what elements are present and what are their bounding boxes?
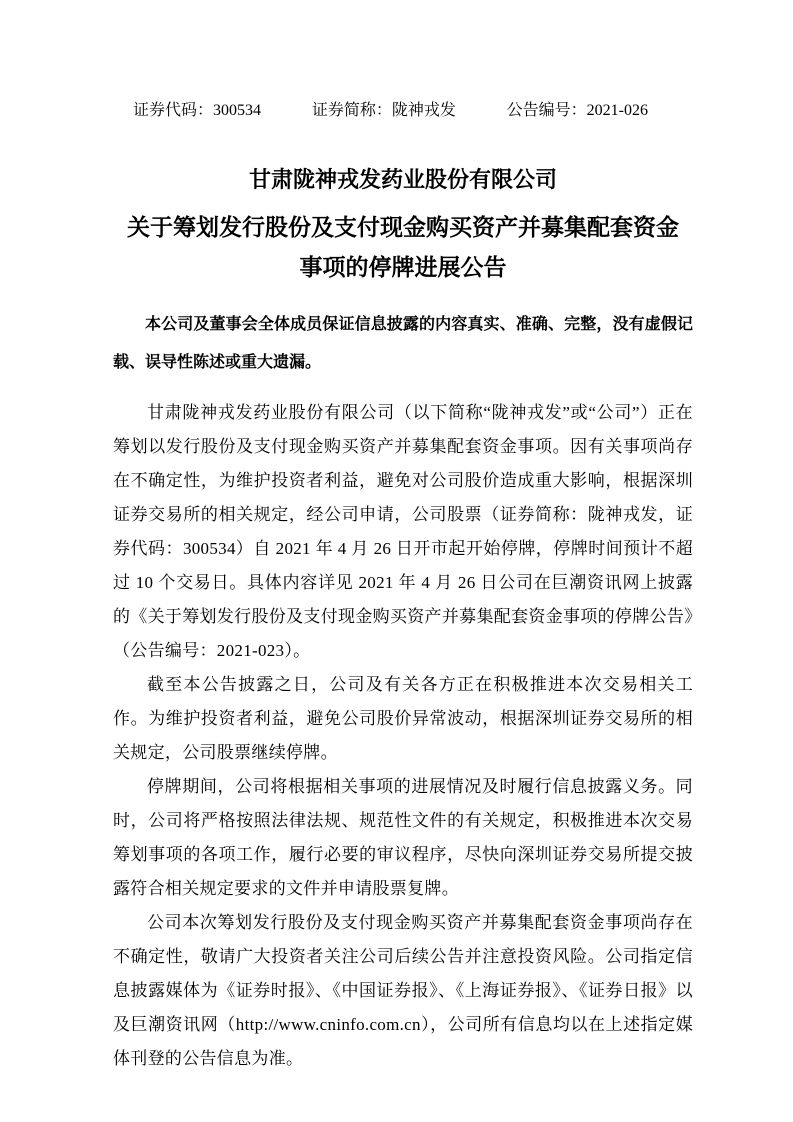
paragraph-risk-notice: 公司本次筹划发行股份及支付现金购买资产并募集配套资金事项尚存在不确定性，敬请广大… bbox=[113, 906, 693, 1076]
disclosure-notice: 本公司及董事会全体成员保证信息披露的内容真实、准确、完整，没有虚假记载、误导性陈… bbox=[113, 306, 693, 382]
company-name-title: 甘肃陇神戎发药业股份有限公司 bbox=[113, 166, 693, 194]
paragraph-progress: 截至本公告披露之日，公司及有关各方正在积极推进本次交易相关工作。为维护投资者利益… bbox=[113, 668, 693, 770]
document-header: 证券代码：300534 证券简称：陇神戎发 公告编号：2021-026 bbox=[133, 100, 648, 122]
paragraph-obligations: 停牌期间，公司将根据相关事项的进展情况及时履行信息披露义务。同时，公司将严格按照… bbox=[113, 770, 693, 906]
announcement-title: 关于筹划发行股份及支付现金购买资产并募集配套资金 事项的停牌进展公告 bbox=[113, 208, 693, 288]
paragraph-suspension-start: 甘肃陇神戎发药业股份有限公司（以下简称“陇神戎发”或“公司”）正在筹划以发行股份… bbox=[113, 396, 693, 668]
announcement-number: 公告编号：2021-026 bbox=[507, 100, 648, 122]
announcement-title-line1: 关于筹划发行股份及支付现金购买资产并募集配套资金 bbox=[113, 208, 693, 248]
document-page: 证券代码：300534 证券简称：陇神戎发 公告编号：2021-026 甘肃陇神… bbox=[0, 0, 793, 1122]
announcement-body: 甘肃陇神戎发药业股份有限公司（以下简称“陇神戎发”或“公司”）正在筹划以发行股份… bbox=[113, 396, 693, 1076]
announcement-title-line2: 事项的停牌进展公告 bbox=[113, 248, 693, 288]
stock-code: 证券代码：300534 bbox=[133, 100, 261, 122]
stock-short-name: 证券简称：陇神戎发 bbox=[312, 100, 456, 122]
